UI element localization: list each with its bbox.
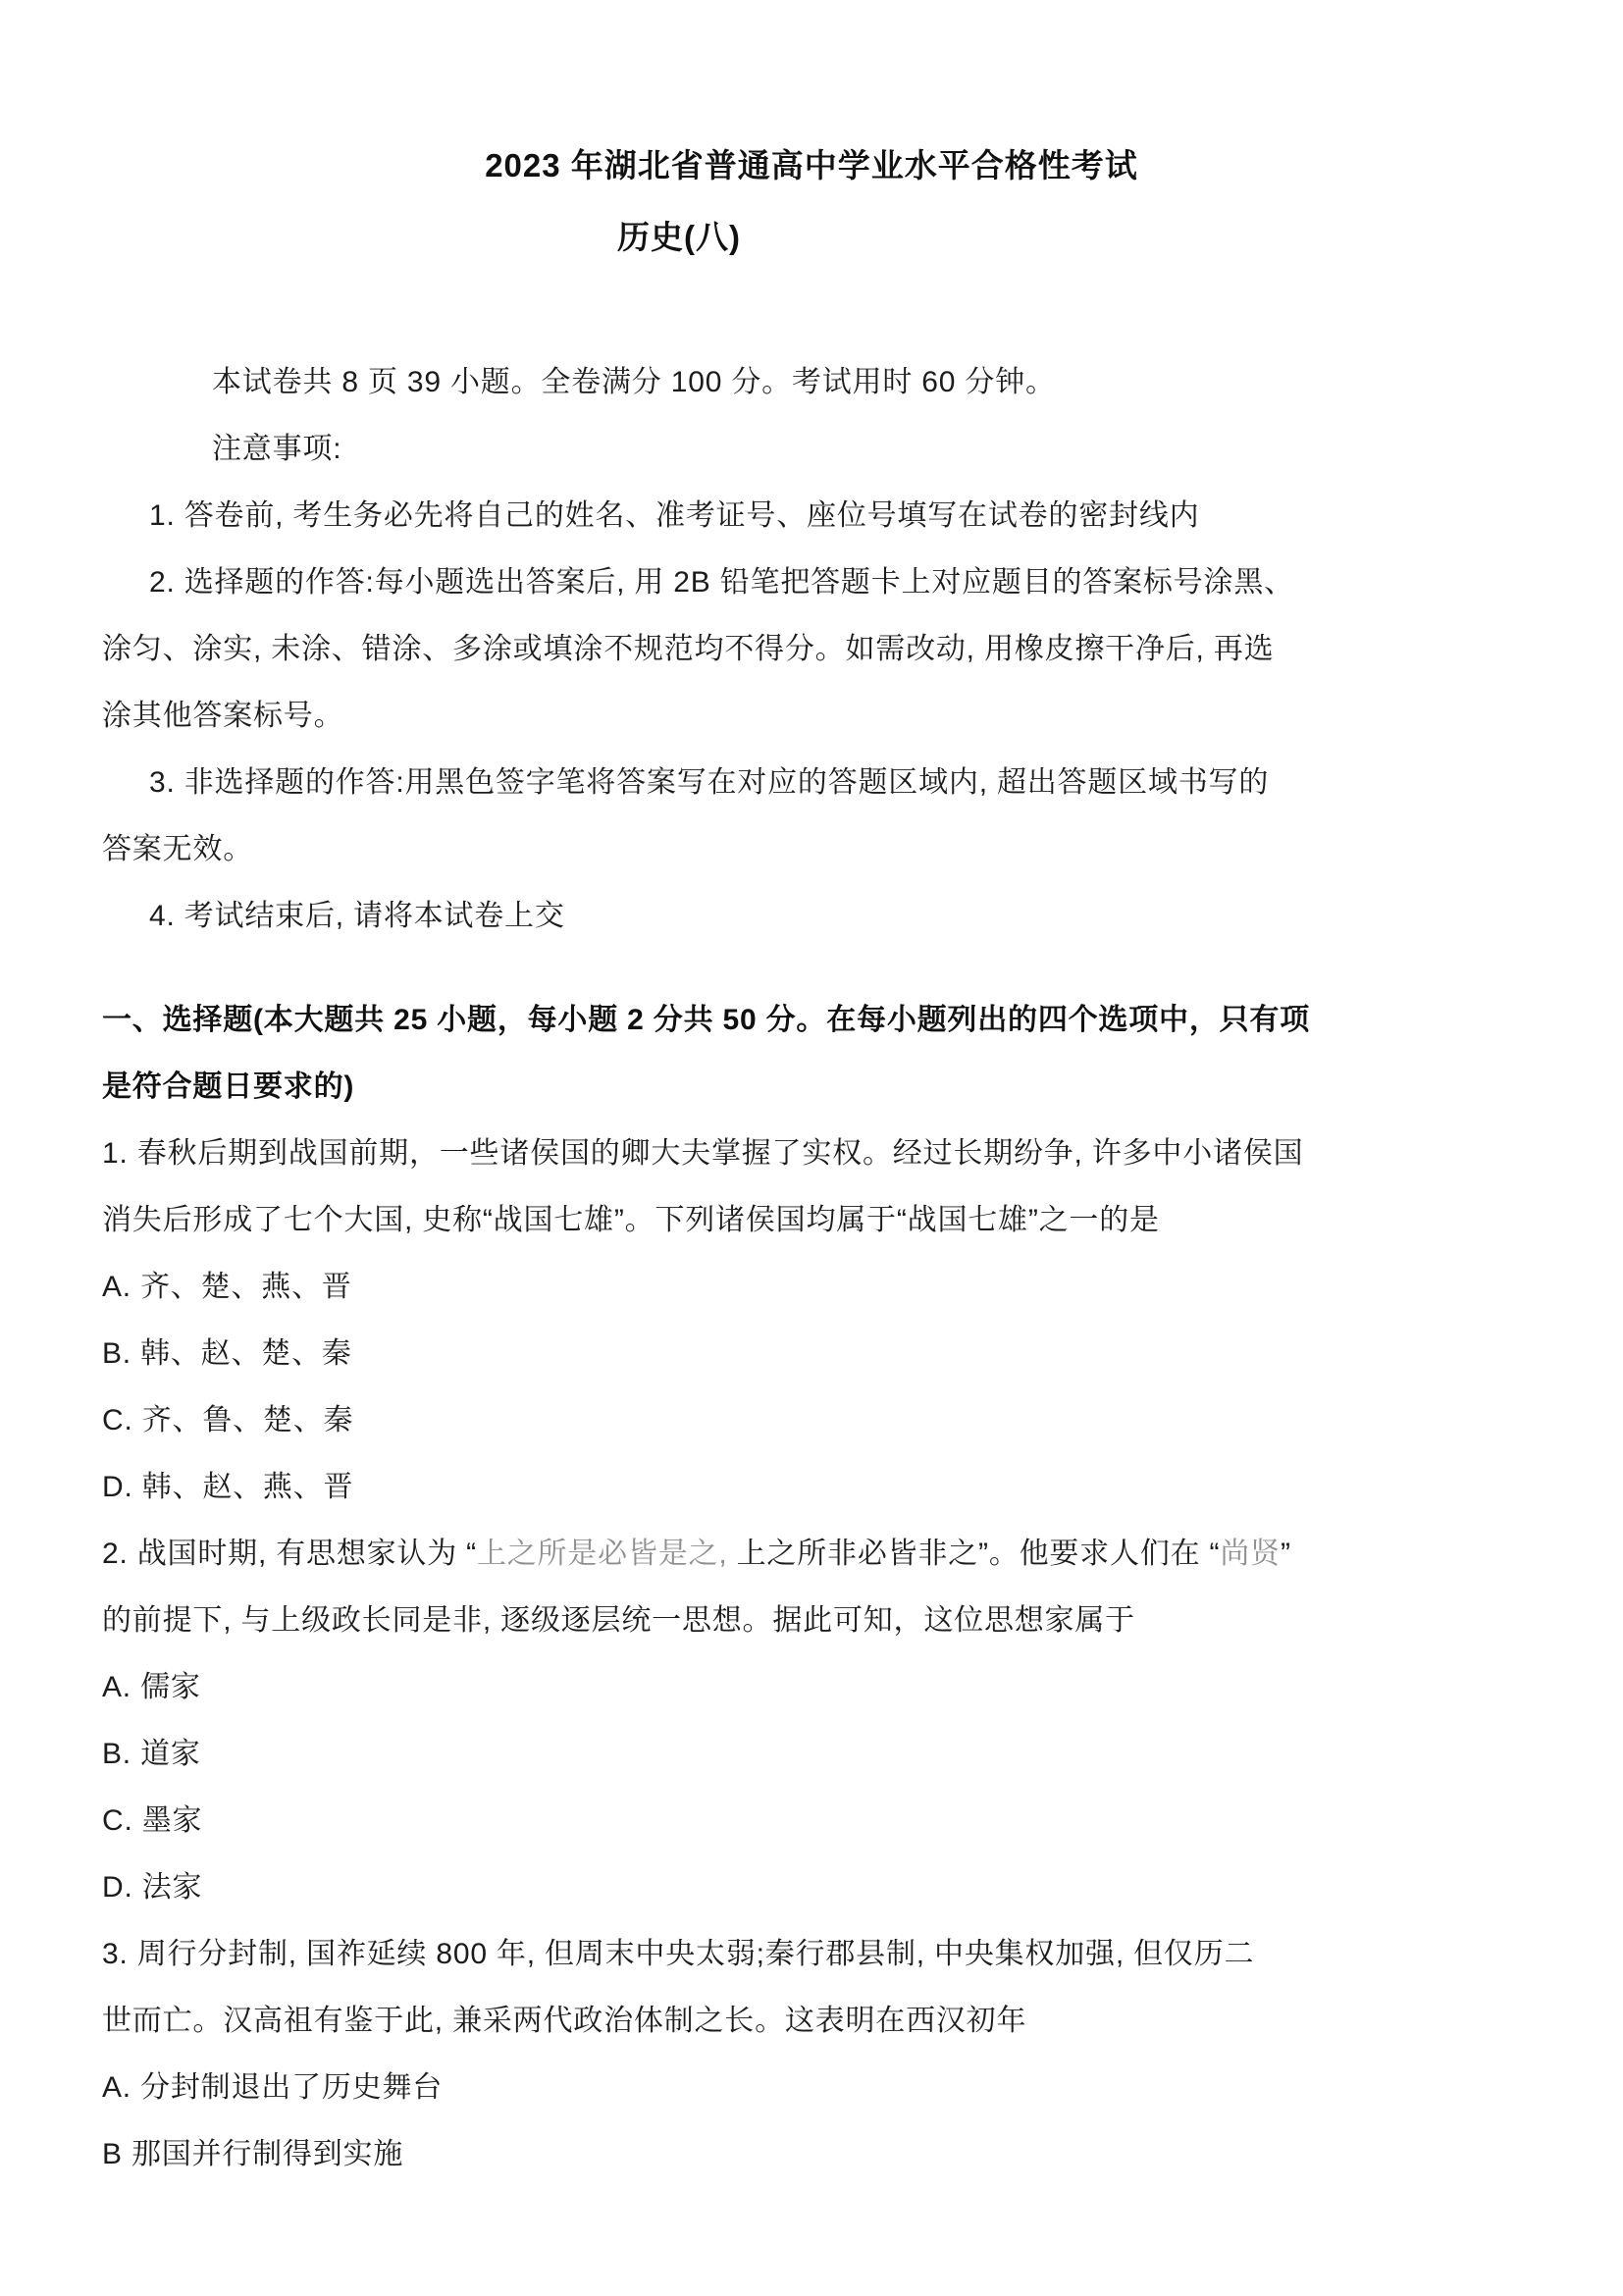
text-segment: 3. 非选择题的作答:用黑色签字笔将答案写在对应的答题区域内, 超出答题区域书写… [149, 766, 1269, 799]
text-segment: 4. 考试结束后, 请将本试卷上交 [149, 900, 565, 932]
exam-page: 2023 年湖北省普通高中学业水平合格性考试 历史(八) 本试卷共 8 页 39… [0, 0, 1623, 2296]
q1-option-a: A. 齐、楚、燕、晋 [102, 1254, 1505, 1321]
section-heading-cont: 是符合题日要求的) [102, 1054, 1505, 1121]
text-segment: 世而亡。汉高祖有鉴于此, 兼采两代政治体制之长。这表明在西汉初年 [102, 2005, 1026, 2037]
q2-option-d: D. 法家 [102, 1854, 1505, 1921]
q1-option-d: D. 韩、赵、燕、晋 [102, 1454, 1505, 1521]
text-segment: D. 法家 [102, 1871, 202, 1904]
text-segment: 2. 选择题的作答:每小题选出答案后, 用 2B 铅笔把答题卡上对应题目的答案标… [149, 566, 1294, 599]
text-segment: A. 儒家 [102, 1671, 201, 1703]
q1-stem-cont: 消失后形成了七个大国, 史称“战国七雄”。下列诸侯国均属于“战国七雄”之一的是 [102, 1187, 1505, 1254]
text-segment: D. 韩、赵、燕、晋 [102, 1471, 353, 1503]
notice-item-2-cont-2: 涂其他答案标号。 [102, 683, 1505, 750]
q1-stem: 1. 春秋后期到战国前期，一些诸侯国的卿大夫掌握了实权。经过长期纷争, 许多中小… [102, 1121, 1505, 1187]
text-segment: B. 韩、赵、楚、秦 [102, 1337, 352, 1370]
q1-option-c: C. 齐、鲁、楚、秦 [102, 1387, 1505, 1454]
text-segment: 上之所是必皆是之, [477, 1538, 728, 1570]
text-segment: 2. 战国时期, 有思想家认为 “ [102, 1538, 477, 1570]
text-segment: 本试卷共 8 页 39 小题。全卷满分 100 分。考试用时 60 分钟。 [212, 366, 1056, 398]
q1-option-b: B. 韩、赵、楚、秦 [102, 1321, 1505, 1387]
text-segment: 一、选择题(本大题共 25 小题，每小题 2 分共 50 分。在每小题列出的四个… [102, 1004, 1310, 1036]
exam-info: 本试卷共 8 页 39 小题。全卷满分 100 分。考试用时 60 分钟。 [102, 349, 1505, 416]
document-body: 本试卷共 8 页 39 小题。全卷满分 100 分。考试用时 60 分钟。注意事… [0, 349, 1623, 2188]
q3-stem-cont: 世而亡。汉高祖有鉴于此, 兼采两代政治体制之长。这表明在西汉初年 [102, 1988, 1505, 2055]
text-segment: A. 齐、楚、燕、晋 [102, 1271, 352, 1303]
text-segment: A. 分封制退出了历史舞台 [102, 2071, 443, 2104]
text-segment: C. 墨家 [102, 1804, 202, 1837]
notice-item-3: 3. 非选择题的作答:用黑色签字笔将答案写在对应的答题区域内, 超出答题区域书写… [102, 750, 1505, 816]
text-segment: 答案无效。 [102, 833, 253, 865]
notice-heading: 注意事项: [102, 416, 1505, 483]
page-subtitle: 历史(八) [0, 216, 1491, 259]
q2-option-b: B. 道家 [102, 1721, 1505, 1788]
text-segment: 的前提下, 与上级政长同是非, 逐级逐层统一思想。据此可知，这位思想家属于 [102, 1604, 1135, 1637]
text-segment: B. 道家 [102, 1738, 201, 1770]
text-segment: ” [1281, 1538, 1291, 1570]
text-segment: 涂匀、涂实, 未涂、错涂、多涂或填涂不规范均不得分。如需改动, 用橡皮擦干净后,… [102, 633, 1274, 665]
text-segment: 1. 春秋后期到战国前期，一些诸侯国的卿大夫掌握了实权。经过长期纷争, 许多中小… [102, 1137, 1303, 1170]
notice-item-1: 1. 答卷前, 考生务必先将自己的姓名、准考证号、座位号填写在试卷的密封线内 [102, 483, 1505, 549]
notice-item-3-cont: 答案无效。 [102, 816, 1505, 883]
q3-stem: 3. 周行分封制, 国祚延续 800 年, 但周末中央太弱;秦行郡县制, 中央集… [102, 1921, 1505, 1988]
q2-stem: 2. 战国时期, 有思想家认为 “上之所是必皆是之, 上之所非必皆非之”。他要求… [102, 1521, 1505, 1588]
page-title: 2023 年湖北省普通高中学业水平合格性考试 [0, 143, 1623, 188]
q3-option-b: B 那国并行制得到实施 [102, 2121, 1505, 2188]
q3-option-a: A. 分封制退出了历史舞台 [102, 2055, 1505, 2121]
text-segment: 尚贤 [1220, 1538, 1281, 1570]
q2-option-c: C. 墨家 [102, 1788, 1505, 1854]
text-segment: 注意事项: [212, 433, 341, 465]
text-segment: B 那国并行制得到实施 [102, 2138, 403, 2170]
text-segment: C. 齐、鲁、楚、秦 [102, 1404, 353, 1436]
section-heading: 一、选择题(本大题共 25 小题，每小题 2 分共 50 分。在每小题列出的四个… [102, 987, 1505, 1054]
notice-item-2-cont-1: 涂匀、涂实, 未涂、错涂、多涂或填涂不规范均不得分。如需改动, 用橡皮擦干净后,… [102, 616, 1505, 683]
text-segment: 1. 答卷前, 考生务必先将自己的姓名、准考证号、座位号填写在试卷的密封线内 [149, 499, 1199, 532]
text-segment: 上之所非必皆非之”。他要求人们在 “ [728, 1538, 1221, 1570]
notice-item-4: 4. 考试结束后, 请将本试卷上交 [102, 883, 1505, 950]
text-segment: 涂其他答案标号。 [102, 700, 343, 732]
text-segment: 3. 周行分封制, 国祚延续 800 年, 但周末中央太弱;秦行郡县制, 中央集… [102, 1938, 1254, 1970]
q2-option-a: A. 儒家 [102, 1654, 1505, 1721]
q2-stem-cont: 的前提下, 与上级政长同是非, 逐级逐层统一思想。据此可知，这位思想家属于 [102, 1588, 1505, 1654]
notice-item-2: 2. 选择题的作答:每小题选出答案后, 用 2B 铅笔把答题卡上对应题目的答案标… [102, 549, 1505, 616]
text-segment: 是符合题日要求的) [102, 1070, 354, 1103]
text-segment: 消失后形成了七个大国, 史称“战国七雄”。下列诸侯国均属于“战国七雄”之一的是 [102, 1204, 1160, 1236]
title-block: 2023 年湖北省普通高中学业水平合格性考试 历史(八) [0, 0, 1623, 259]
